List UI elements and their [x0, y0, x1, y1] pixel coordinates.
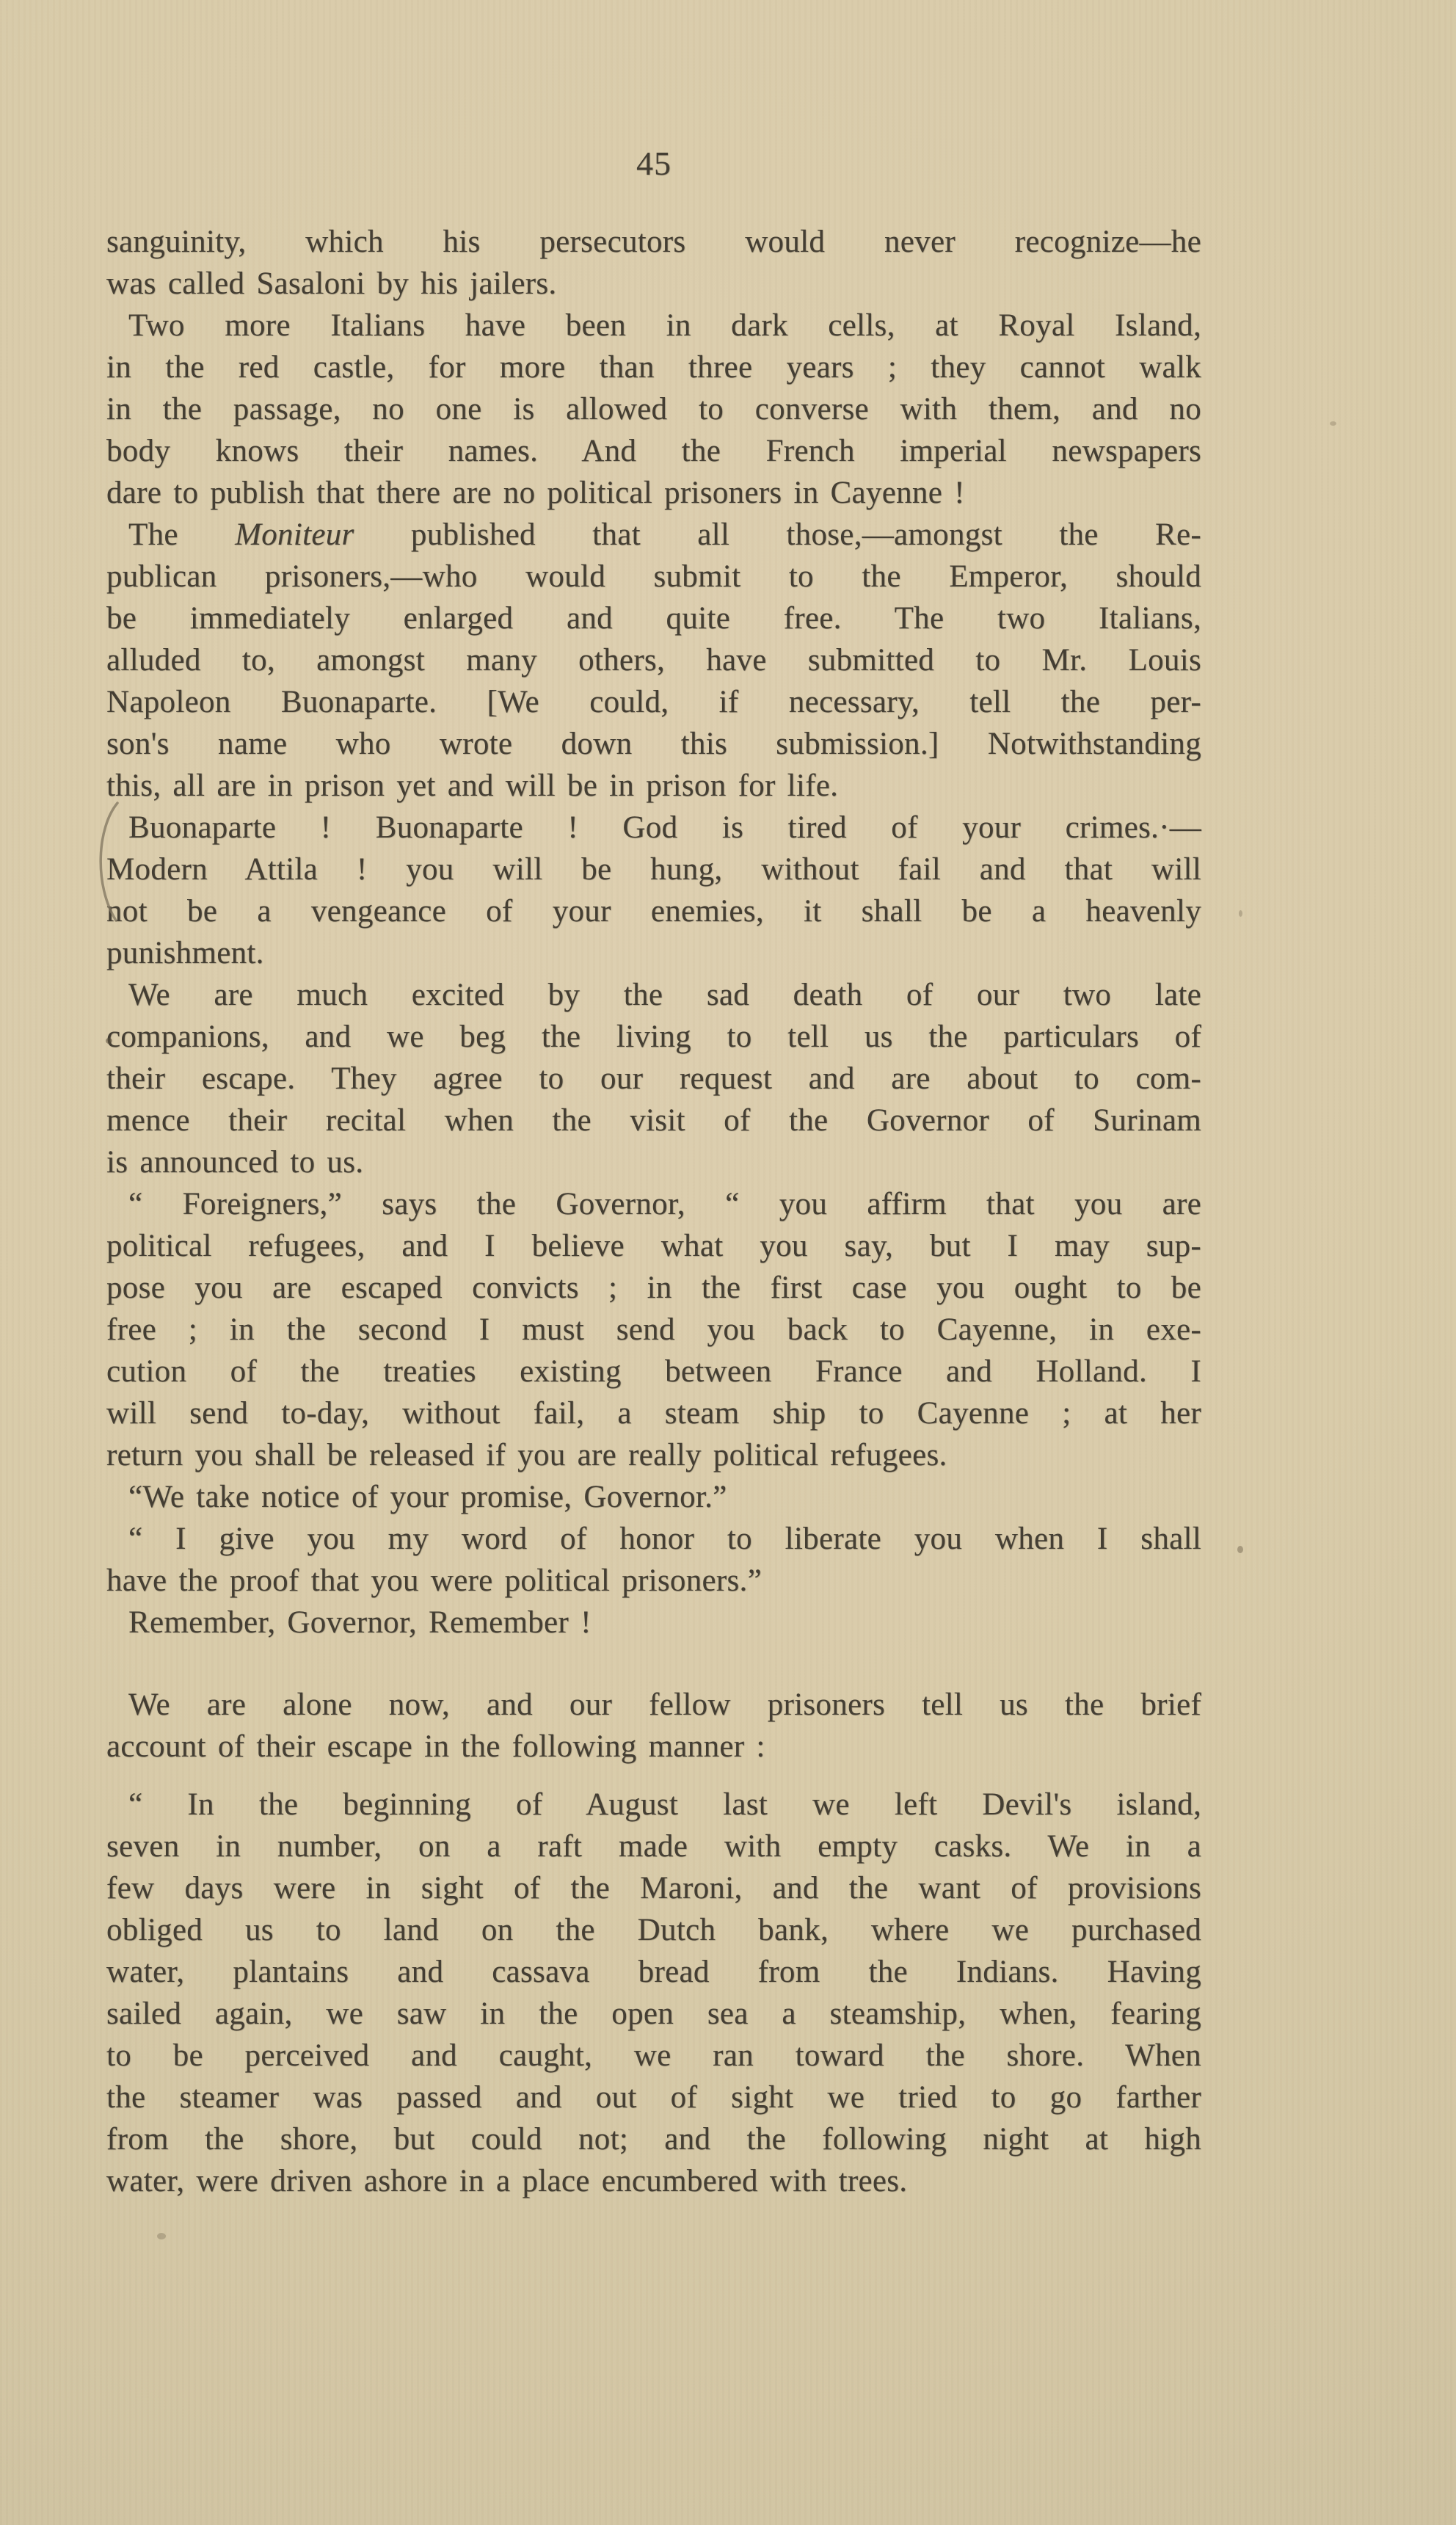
paragraph: “ Foreigners,” says the Governor, “ you … — [106, 1183, 1201, 1476]
paragraph: Remember, Governor, Remember ! — [106, 1602, 1201, 1643]
paragraph: The Moniteur published that all those,—a… — [106, 514, 1201, 807]
text-line: sailed again, we saw in the open sea a s… — [106, 1993, 1201, 2035]
paper-speck — [1239, 910, 1242, 917]
text-line: Buonaparte ! Buonaparte ! God is tired o… — [106, 807, 1201, 849]
paper-speck — [1237, 1546, 1243, 1553]
text-line: obliged us to land on the Dutch bank, wh… — [106, 1909, 1201, 1951]
paragraph: “We take notice of your promise, Governo… — [106, 1476, 1201, 1518]
text-line: body knows their names. And the French i… — [106, 430, 1201, 472]
text-line: The Moniteur published that all those,—a… — [106, 514, 1201, 556]
paragraph: sanguinity, which his persecutors would … — [106, 221, 1201, 305]
text-line: few days were in sight of the Maroni, an… — [106, 1867, 1201, 1909]
text-line: not be a vengeance of your enemies, it s… — [106, 890, 1201, 932]
text-line: Napoleon Buonaparte. [We could, if neces… — [106, 681, 1201, 723]
text-line: the steamer was passed and out of sight … — [106, 2077, 1201, 2118]
text-line: companions, and we beg the living to tel… — [106, 1016, 1201, 1058]
text-line: be immediately enlarged and quite free. … — [106, 597, 1201, 639]
text-line: account of their escape in the following… — [106, 1726, 1201, 1767]
text-line: this, all are in prison yet and will be … — [106, 765, 1201, 807]
text-line: “We take notice of your promise, Governo… — [106, 1476, 1201, 1518]
text-line: will send to-day, without fail, a steam … — [106, 1392, 1201, 1434]
text-line: to be perceived and caught, we ran towar… — [106, 2035, 1201, 2077]
text-line: from the shore, but could not; and the f… — [106, 2118, 1201, 2160]
paper-speck — [1330, 421, 1336, 426]
margin-pencil-mark — [85, 799, 132, 925]
text-line: cution of the treaties existing between … — [106, 1351, 1201, 1392]
text-block: sanguinity, which his persecutors would … — [106, 221, 1201, 2202]
text-line: in the passage, no one is allowed to con… — [106, 388, 1201, 430]
text-line: son's name who wrote down this submissio… — [106, 723, 1201, 765]
text-line: dare to publish that there are no politi… — [106, 472, 1201, 514]
text-line: sanguinity, which his persecutors would … — [106, 221, 1201, 263]
text-line: “ I give you my word of honor to liberat… — [106, 1518, 1201, 1560]
text-line: water, were driven ashore in a place enc… — [106, 2160, 1201, 2202]
text-line: We are much excited by the sad death of … — [106, 974, 1201, 1016]
paragraph: We are alone now, and our fellow prisone… — [106, 1684, 1201, 1767]
text-line: in the red castle, for more than three y… — [106, 346, 1201, 388]
text-line: have the proof that you were political p… — [106, 1560, 1201, 1602]
text-line: punishment. — [106, 932, 1201, 974]
text-line: political refugees, and I believe what y… — [106, 1225, 1201, 1267]
text-line: We are alone now, and our fellow prisone… — [106, 1684, 1201, 1726]
paragraph: Two more Italians have been in dark cell… — [106, 305, 1201, 514]
text-line: “ Foreigners,” says the Governor, “ you … — [106, 1183, 1201, 1225]
text-line: Modern Attila ! you will be hung, withou… — [106, 849, 1201, 890]
paragraph: “ In the beginning of August last we lef… — [106, 1784, 1201, 2202]
text-line: their escape. They agree to our request … — [106, 1058, 1201, 1100]
paper-speck — [157, 2233, 166, 2239]
text-line: return you shall be released if you are … — [106, 1434, 1201, 1476]
text-line: “ In the beginning of August last we lef… — [106, 1784, 1201, 1825]
paragraph: We are much excited by the sad death of … — [106, 974, 1201, 1183]
text-line: free ; in the second I must send you bac… — [106, 1309, 1201, 1351]
paragraph: Buonaparte ! Buonaparte ! God is tired o… — [106, 807, 1201, 974]
text-line: Two more Italians have been in dark cell… — [106, 305, 1201, 346]
text-line: mence their recital when the visit of th… — [106, 1100, 1201, 1141]
text-line: water, plantains and cassava bread from … — [106, 1951, 1201, 1993]
text-line: seven in number, on a raft made with emp… — [106, 1825, 1201, 1867]
text-line: publican prisoners,—who would submit to … — [106, 556, 1201, 597]
text-line: Remember, Governor, Remember ! — [106, 1602, 1201, 1643]
paragraph: “ I give you my word of honor to liberat… — [106, 1518, 1201, 1602]
text-line: is announced to us. — [106, 1141, 1201, 1183]
page-number: 45 — [106, 144, 1201, 183]
paper-speck — [106, 1038, 112, 1044]
text-line: alluded to, amongst many others, have su… — [106, 639, 1201, 681]
book-page: 45 sanguinity, which his persecutors wou… — [0, 0, 1456, 2525]
text-line: was called Sasaloni by his jailers. — [106, 263, 1201, 305]
text-line: pose you are escaped convicts ; in the f… — [106, 1267, 1201, 1309]
